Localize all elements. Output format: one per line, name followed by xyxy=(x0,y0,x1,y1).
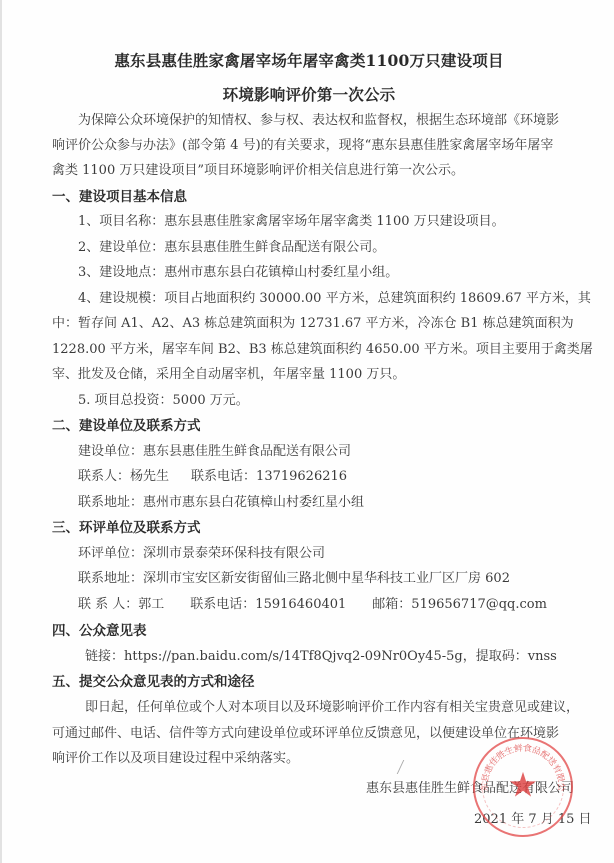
section-1-item-3: 3、建设地点：惠州市惠东县白花镇樟山村委红星小组。 xyxy=(78,265,398,281)
intro-line-2: 响评价公众参与办法》(部令第 4 号)的有关要求，现将“惠东县惠佳胜家禽屠宰场年… xyxy=(52,138,553,154)
section-5-line-3: 响评价工作以及项目建设过程中采纳落实。 xyxy=(52,751,299,767)
contact-value: 杨先生 xyxy=(130,469,169,484)
intro-line-3: 禽类 1100 万只建设项目”项目环境影响评价相关信息进行第一次公示。 xyxy=(52,163,464,179)
eia-phone-label: 联系电话： xyxy=(190,597,255,612)
construction-unit-value: 惠东县惠佳胜生鲜食品配送有限公司 xyxy=(143,444,351,459)
eia-unit-label: 环评单位： xyxy=(78,546,143,561)
section-1-item-4-line-1: 4、建设规模：项目占地面积约 30000.00 平方米，总建筑面积约 18609… xyxy=(78,291,591,307)
construction-unit-label: 建设单位： xyxy=(78,444,143,459)
eia-address-row: 联系地址：深圳市宝安区新安街留仙三路北侧中星华科技工业厂区厂房 602 xyxy=(78,571,510,587)
section-5-line-1: 即日起，任何单位或个人对本项目以及环境影响评价工作内容有相关宝贵意见或建议， xyxy=(85,700,579,716)
signature-company: 惠东县惠佳胜生鲜食品配送有限公司 xyxy=(366,777,574,796)
section-1-item-2: 2、建设单位：惠东县惠佳胜生鲜食品配送有限公司。 xyxy=(78,240,385,256)
eia-contact-value: 郭工 xyxy=(138,597,164,612)
eia-contact-row: 联 系 人：郭工联系电话：15916460401邮箱：519656717@qq.… xyxy=(78,597,547,613)
extraction-code-value: vnss xyxy=(528,649,557,664)
eia-email-label: 邮箱： xyxy=(372,597,411,612)
eia-address-value: 深圳市宝安区新安街留仙三路北侧中星华科技工业厂区厂房 602 xyxy=(143,571,510,586)
eia-unit-value: 深圳市景泰荣环保科技有限公司 xyxy=(143,546,325,561)
pen-mark xyxy=(387,760,405,774)
eia-unit-row: 环评单位：深圳市景泰荣环保科技有限公司 xyxy=(78,546,325,562)
section-4-heading: 四、公众意见表 xyxy=(52,623,147,639)
address-label: 联系地址： xyxy=(78,495,143,510)
extraction-code-label: ，提取码： xyxy=(463,649,528,664)
contact-label: 联系人： xyxy=(78,469,130,484)
public-opinion-link-row: 链接：https://pan.baidu.com/s/14Tf8Qjvq2-09… xyxy=(85,649,557,665)
eia-email-link[interactable]: 519656717@qq.com xyxy=(411,597,547,612)
eia-phone-value: 15916460401 xyxy=(255,597,346,612)
phone-value: 13719626216 xyxy=(256,469,347,484)
section-1-item-1: 1、项目名称：惠东县惠佳胜家禽屠宰场年屠宰禽类 1100 万只建设项目。 xyxy=(78,214,505,230)
signature-date: 2021 年 7 月 15 日 xyxy=(474,808,592,827)
section-1-heading: 一、建设项目基本信息 xyxy=(52,189,187,205)
document-title-line2: 环境影响评价第一次公示 xyxy=(2,83,614,105)
baidu-pan-link[interactable]: https://pan.baidu.com/s/14Tf8Qjvq2-09Nr0… xyxy=(124,649,463,664)
document-title-line1: 惠东县惠佳胜家禽屠宰场年屠宰禽类1100万只建设项目 xyxy=(2,49,614,71)
section-5-heading: 五、提交公众意见表的方式和途径 xyxy=(52,674,255,690)
construction-unit-row: 建设单位：惠东县惠佳胜生鲜食品配送有限公司 xyxy=(78,444,351,460)
section-2-heading: 二、建设单位及联系方式 xyxy=(52,418,201,434)
phone-label: 联系电话： xyxy=(191,469,256,484)
link-label: 链接： xyxy=(85,649,124,664)
document-page: 惠东县惠佳胜家禽屠宰场年屠宰禽类1100万只建设项目 环境影响评价第一次公示 为… xyxy=(0,0,614,863)
eia-contact-label: 联 系 人： xyxy=(78,597,138,612)
section-5-line-2: 可通过邮件、电话、信件等方式向建设单位或环评单位反馈意见，以便建设单位在环境影 xyxy=(52,726,559,742)
eia-address-label: 联系地址： xyxy=(78,571,143,586)
address-value: 惠州市惠东县白花镇樟山村委红星小组 xyxy=(143,495,364,510)
section-1-item-5: 5. 项目总投资：5000 万元。 xyxy=(78,393,249,409)
construction-address-row: 联系地址：惠州市惠东县白花镇樟山村委红星小组 xyxy=(78,495,364,511)
section-1-item-4-line-3: 1228.00 平方米，屠宰车间 B2、B3 栋总建筑面积约 4650.00 平… xyxy=(52,342,593,358)
construction-contact-row: 联系人：杨先生联系电话：13719626216 xyxy=(78,469,347,485)
section-3-heading: 三、环评单位及联系方式 xyxy=(52,520,201,536)
intro-line-1: 为保障公众环境保护的知情权、参与权、表达权和监督权，根据生态环境部《环境影 xyxy=(78,113,559,129)
section-1-item-4-line-4: 宰、批发及仓储，采用全自动屠宰机，年屠宰量 1100 万只。 xyxy=(52,367,405,383)
section-1-item-4-line-2: 中：暂存间 A1、A2、A3 栋总建筑面积为 12731.67 平方米，冷冻仓 … xyxy=(52,316,574,332)
